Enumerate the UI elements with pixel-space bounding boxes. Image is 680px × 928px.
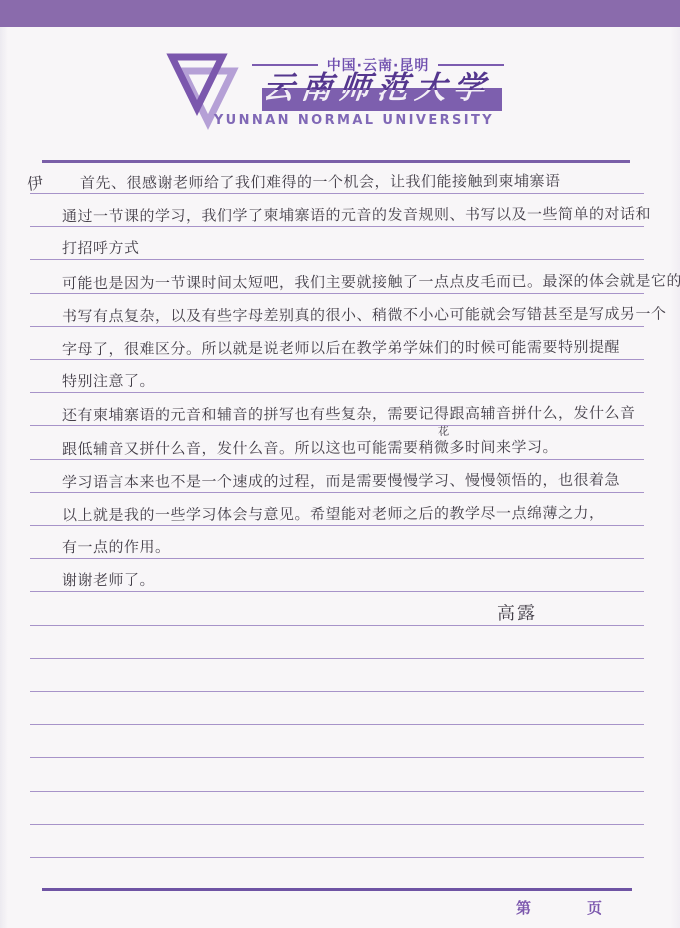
handwriting-line: 首先、很感谢老师给了我们难得的一个机会，让我们能接触到柬埔寨语 xyxy=(80,170,561,194)
handwriting-line: 以上就是我的一些学习体会与意见。希望能对老师之后的教学尽一点绵薄之力， xyxy=(62,502,605,526)
page-number-suffix: 页 xyxy=(587,897,602,918)
handwriting-line: 还有柬埔寨语的元音和辅音的拼写也有些复杂，需要记得跟高辅音拼什么，发什么音 xyxy=(62,402,636,427)
insertion-annotation: 花 xyxy=(437,423,449,440)
handwriting-line: 通过一节课的学习，我们学了柬埔寨语的元音的发音规则、书写以及一些简单的对话和 xyxy=(62,203,651,228)
university-name-cn: 云南师范大学 xyxy=(261,66,516,112)
rule-line xyxy=(30,259,644,260)
handwriting-line: 有一点的作用。 xyxy=(62,536,171,558)
rule-line xyxy=(30,558,644,559)
margin-annotation: 伊 xyxy=(25,170,44,195)
footer-rule xyxy=(42,888,632,891)
rule-line xyxy=(30,625,644,626)
rule-line xyxy=(30,857,644,858)
rule-line xyxy=(30,757,644,758)
university-name-en: YUNNAN NORMAL UNIVERSITY xyxy=(204,113,504,128)
rule-line xyxy=(30,392,644,393)
handwriting-line: 跟低辅音又拼什么音，发什么音。所以这也可能需要稍微多时间来学习。 xyxy=(62,436,558,460)
scanned-letter-page: 中国·云南·昆明 云南师范大学 YUNNAN NORMAL UNIVERSITY… xyxy=(0,0,680,928)
rule-line xyxy=(30,691,644,692)
handwriting-line: 可能也是因为一节课时间太短吧，我们主要就接触了一点点皮毛而已。最深的体会就是它的 xyxy=(62,269,680,294)
letterhead-top-band xyxy=(0,0,680,27)
page-number-row: 第 页 xyxy=(516,897,636,918)
rule-line xyxy=(30,658,644,659)
rule-line xyxy=(30,824,644,825)
signature: 高露 xyxy=(497,599,537,626)
writing-area-top-rule xyxy=(42,160,630,163)
handwriting-line: 学习语言本来也不是一个速成的过程，而是需要慢慢学习、慢慢领悟的，也很着急 xyxy=(62,469,620,493)
handwriting-line: 打招呼方式 xyxy=(62,237,140,259)
handwriting-line: 特别注意了。 xyxy=(62,370,155,392)
rule-line xyxy=(30,791,644,792)
page-number-prefix: 第 xyxy=(516,897,531,918)
handwriting-line: 书写有点复杂，以及有些字母差别真的很小、稍微不小心可能就会写错甚至是写成另一个 xyxy=(62,302,667,327)
handwriting-line: 谢谢老师了。 xyxy=(62,569,155,591)
university-logo-icon xyxy=(166,50,244,142)
rule-line xyxy=(30,724,644,725)
rule-line xyxy=(30,591,644,592)
handwriting-line: 字母了，很难区分。所以就是说老师以后在教学弟学妹们的时候可能需要特别提醒 xyxy=(62,336,620,360)
